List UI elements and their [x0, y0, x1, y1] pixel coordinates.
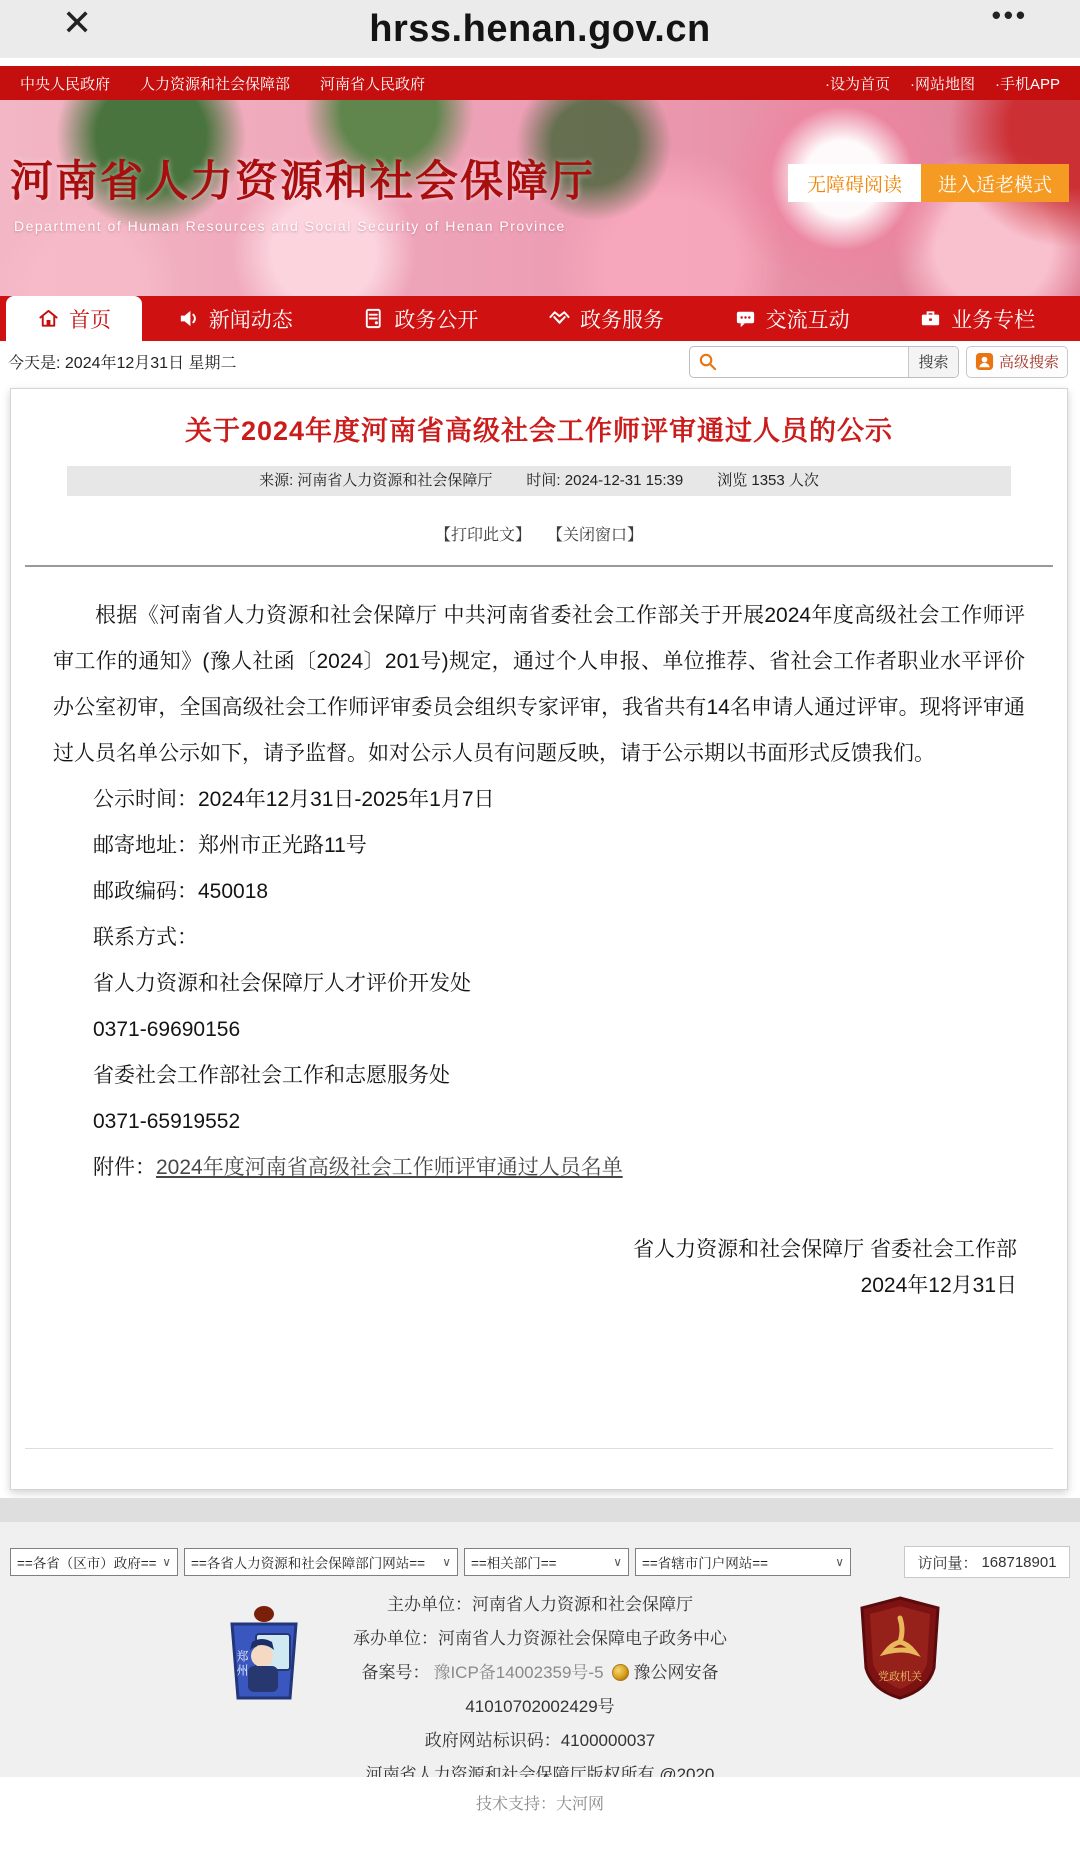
police-mascot-logo: 郑州: [212, 1594, 316, 1712]
postal-code-line: 邮政编码：450018: [53, 869, 1025, 915]
nav-label-news: 新闻动态: [209, 304, 293, 334]
footer-info: 郑州 党政机关 主办单位：河南省人力资源和社会保障厅 承办单位：河南省人力资源社…: [0, 1588, 1080, 1792]
select-value: ==各省人力资源和社会保障部门网站==: [191, 1552, 425, 1572]
nav-news[interactable]: 新闻动态: [163, 296, 307, 341]
more-menu-icon[interactable]: •••: [992, 0, 1028, 31]
article-time: 时间: 2024-12-31 15:39: [526, 466, 683, 496]
link-central-gov[interactable]: 中央人民政府: [20, 73, 110, 94]
article-paragraph: 根据《河南省人力资源和社会保障厅 中共河南省委社会工作部关于开展2024年度高级…: [53, 593, 1025, 777]
svg-text:党政机关: 党政机关: [878, 1669, 922, 1683]
search-input[interactable]: [722, 348, 908, 376]
advanced-search-label: 高级搜索: [999, 351, 1059, 372]
close-window-button[interactable]: 【关闭窗口】: [547, 522, 643, 545]
separator-strip: [0, 1498, 1080, 1522]
attachment-label: 附件：: [93, 1156, 156, 1179]
utility-links: ·设为首页 ·网站地图 ·手机APP: [825, 73, 1060, 94]
article-meta-bar: 来源: 河南省人力资源和社会保障厅 时间: 2024-12-31 15:39 浏…: [67, 466, 1011, 496]
close-icon[interactable]: ✕: [62, 2, 92, 44]
select-value: ==相关部门==: [471, 1552, 557, 1572]
public-security-badge-icon: [612, 1664, 629, 1681]
icp-label: 备案号：: [361, 1663, 429, 1682]
publicity-period-line: 公示时间：2024年12月31日-2025年1月7日: [53, 777, 1025, 823]
site-title: 河南省人力资源和社会保障厅: [10, 148, 595, 209]
gov-agency-badge: 党政机关: [858, 1596, 942, 1700]
select-value: ==各省（区市）政府==: [17, 1552, 157, 1572]
select-hrss-dept-sites[interactable]: ==各省人力资源和社会保障部门网站==∨: [184, 1548, 458, 1576]
select-value: ==省辖市门户网站==: [642, 1552, 768, 1572]
search-icon: [698, 352, 717, 371]
chevron-down-icon: ∨: [835, 1555, 844, 1569]
link-mobile-app[interactable]: ·手机APP: [995, 73, 1060, 94]
signature-date: 2024年12月31日: [11, 1269, 1067, 1299]
bottom-divider-line: [25, 1448, 1053, 1449]
footer-link-selects: ==各省（区市）政府==∨ ==各省人力资源和社会保障部门网站==∨ ==相关部…: [10, 1546, 1070, 1578]
banner: 河南省人力资源和社会保障厅 Department of Human Resour…: [0, 100, 1080, 296]
handshake-icon: [548, 307, 571, 330]
nav-label-gov-affairs: 政务公开: [394, 304, 478, 334]
top-links-bar: 中央人民政府 人力资源和社会保障部 河南省人民政府 ·设为首页 ·网站地图 ·手…: [0, 66, 1080, 100]
nav-label-gov-services: 政务服务: [580, 304, 664, 334]
tech-support-text: 技术支持：大河网: [476, 1796, 604, 1813]
address-bar[interactable]: hrss.henan.gov.cn: [0, 8, 1080, 51]
tech-support-bar: 技术支持：大河网: [0, 1777, 1080, 1849]
visits-value: 168718901: [981, 1554, 1056, 1571]
phone-two-line: 0371-65919552: [53, 1099, 1025, 1145]
article-source: 来源: 河南省人力资源和社会保障厅: [259, 466, 492, 496]
gov-links: 中央人民政府 人力资源和社会保障部 河南省人民政府: [20, 73, 425, 94]
contact-label-line: 联系方式：: [53, 915, 1025, 961]
link-sitemap[interactable]: ·网站地图: [910, 73, 975, 94]
article-container: 关于2024年度河南省高级社会工作师评审通过人员的公示 来源: 河南省人力资源和…: [10, 388, 1068, 1490]
link-henan-gov[interactable]: 河南省人民政府: [320, 73, 425, 94]
chevron-down-icon: ∨: [613, 1555, 622, 1569]
chat-icon: [734, 307, 757, 330]
elder-mode-button[interactable]: 进入适老模式: [921, 164, 1069, 202]
article-title: 关于2024年度河南省高级社会工作师评审通过人员的公示: [11, 409, 1067, 448]
date-search-bar: 今天是: 2024年12月31日 星期二 搜索 高级搜索: [0, 341, 1080, 382]
site-subtitle-en: Department of Human Resources and Social…: [14, 218, 566, 234]
mailing-address-line: 邮寄地址：郑州市正光路11号: [53, 823, 1025, 869]
dept-one-line: 省人力资源和社会保障厅人才评价开发处: [53, 961, 1025, 1007]
today-date: 今天是: 2024年12月31日 星期二: [8, 350, 237, 373]
print-article-button[interactable]: 【打印此文】: [435, 522, 531, 545]
chevron-down-icon: ∨: [442, 1555, 451, 1569]
nav-gov-affairs[interactable]: 政务公开: [348, 296, 492, 341]
attachment-row: 附件：2024年度河南省高级社会工作师评审通过人员名单: [53, 1145, 1025, 1191]
briefcase-icon: [919, 307, 942, 330]
document-icon: [362, 307, 385, 330]
home-icon: [37, 307, 60, 330]
site-code-line: 政府网站标识码：4100000037: [0, 1724, 1080, 1758]
article-views: 浏览 1353 人次: [717, 466, 819, 496]
nav-business[interactable]: 业务专栏: [905, 296, 1049, 341]
security-record-label[interactable]: 豫公网安备: [634, 1663, 719, 1682]
nav-home[interactable]: 首页: [6, 296, 142, 341]
nav-gov-services[interactable]: 政务服务: [534, 296, 678, 341]
main-navigation: 首页 新闻动态 政务公开 政务服务 交流互动: [0, 296, 1080, 341]
advanced-search-icon: [975, 352, 994, 371]
visits-label: 访问量：: [917, 1552, 977, 1573]
nav-label-home: 首页: [69, 304, 111, 334]
phone-one-line: 0371-69690156: [53, 1007, 1025, 1053]
search-button[interactable]: 搜索: [908, 347, 958, 377]
link-set-homepage[interactable]: ·设为首页: [825, 73, 890, 94]
article-body: 根据《河南省人力资源和社会保障厅 中共河南省委社会工作部关于开展2024年度高级…: [53, 593, 1025, 1191]
attachment-link[interactable]: 2024年度河南省高级社会工作师评审通过人员名单: [156, 1156, 623, 1179]
svg-text:郑州: 郑州: [235, 1649, 249, 1678]
accessibility-reading-button[interactable]: 无障碍阅读: [788, 164, 921, 202]
nav-interaction[interactable]: 交流互动: [720, 296, 864, 341]
nav-label-interaction: 交流互动: [766, 304, 850, 334]
speaker-icon: [177, 307, 200, 330]
footer: ==各省（区市）政府==∨ ==各省人力资源和社会保障部门网站==∨ ==相关部…: [0, 1522, 1080, 1777]
search-box: 搜索: [689, 346, 959, 378]
nav-label-business: 业务专栏: [951, 304, 1035, 334]
divider-line: [25, 565, 1053, 567]
signature-org: 省人力资源和社会保障厅 省委社会工作部: [11, 1233, 1067, 1263]
select-province-gov-sites[interactable]: ==各省（区市）政府==∨: [10, 1548, 178, 1576]
dept-two-line: 省委社会工作部社会工作和志愿服务处: [53, 1053, 1025, 1099]
icp-number[interactable]: 豫ICP备14002359号-5: [433, 1663, 603, 1682]
link-mohrss[interactable]: 人力资源和社会保障部: [140, 73, 290, 94]
select-related-depts[interactable]: ==相关部门==∨: [464, 1548, 629, 1576]
advanced-search-button[interactable]: 高级搜索: [966, 346, 1068, 378]
browser-bar: ✕ hrss.henan.gov.cn •••: [0, 0, 1080, 58]
chevron-down-icon: ∨: [162, 1555, 171, 1569]
select-city-portal-sites[interactable]: ==省辖市门户网站==∨: [635, 1548, 851, 1576]
visit-counter: 访问量：168718901: [904, 1546, 1070, 1578]
